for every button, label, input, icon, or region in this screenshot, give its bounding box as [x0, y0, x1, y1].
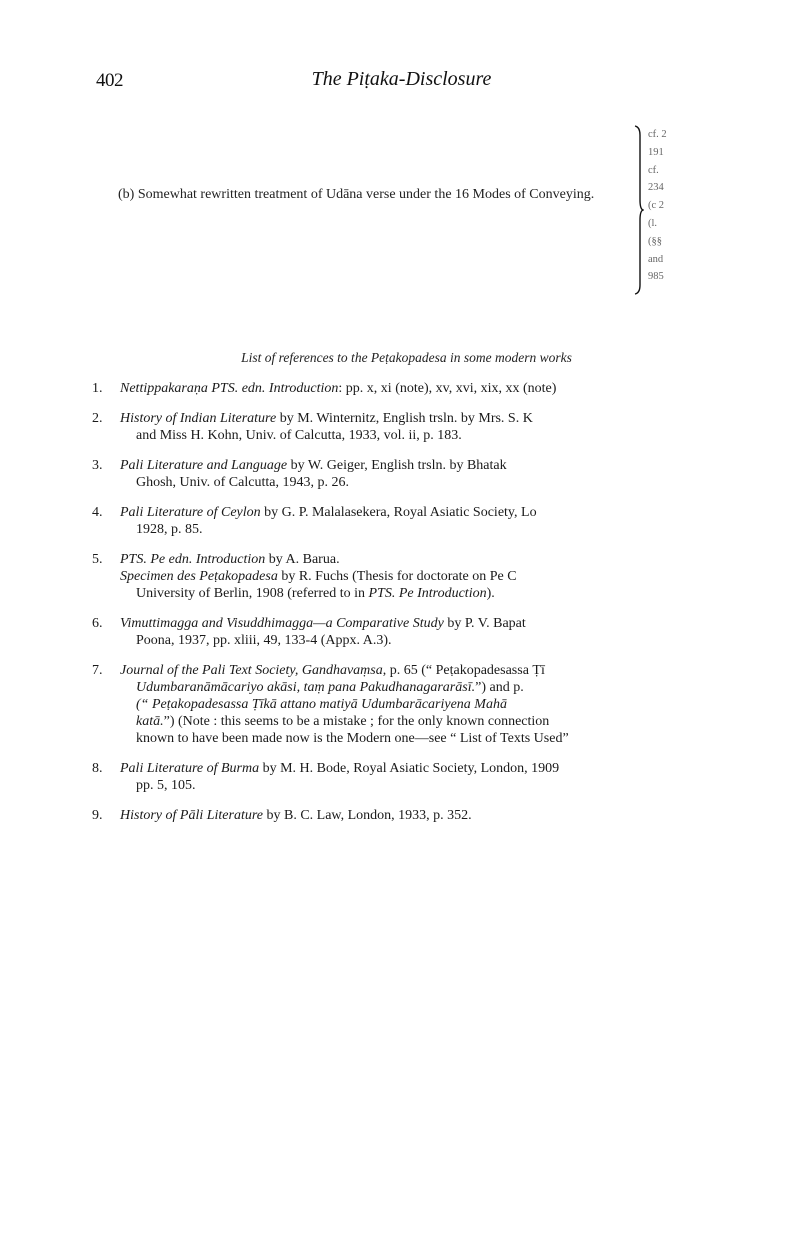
reference-item: 9.History of Pāli Literature by B. C. La… [92, 807, 792, 824]
reference-item: 7.Journal of the Pali Text Society, Gand… [92, 662, 792, 747]
reference-title: PTS. Pe edn. Introduction [120, 552, 265, 567]
reference-title: Pali Literature of Ceylon [120, 505, 261, 520]
reference-number: 7. [92, 662, 103, 679]
reference-line: University of Berlin, 1908 (referred to … [120, 585, 792, 602]
reference-item: 1.Nettippakaraṇa PTS. edn. Introduction:… [92, 380, 792, 397]
brace-fragment: 234 [648, 179, 667, 197]
brace-fragment: and [648, 251, 667, 269]
brace-fragment: 985 [648, 268, 667, 286]
reference-text: University of Berlin, 1908 (referred to … [136, 586, 369, 601]
references-list: 1.Nettippakaraṇa PTS. edn. Introduction:… [92, 380, 792, 837]
reference-line: Nettippakaraṇa PTS. edn. Introduction: p… [120, 380, 792, 397]
reference-text: pp. 5, 105. [136, 778, 196, 793]
reference-text: by W. Geiger, English trsln. by Bhatak [287, 458, 507, 473]
reference-item: 6.Vimuttimagga and Visuddhimagga—a Compa… [92, 615, 792, 649]
brace-fragment: (l. [648, 215, 667, 233]
brace-fragment: cf. [648, 162, 667, 180]
reference-text: by P. V. Bapat [444, 616, 526, 631]
reference-text: ”) (Note : this seems to be a mistake ; … [164, 714, 550, 729]
reference-line: known to have been made now is the Moder… [120, 730, 792, 747]
reference-line: History of Indian Literature by M. Winte… [120, 410, 792, 427]
reference-text: : pp. x, xi (note), xv, xvi, xix, xx (no… [338, 381, 556, 396]
reference-item: 4.Pali Literature of Ceylon by G. P. Mal… [92, 504, 792, 538]
reference-text: known to have been made now is the Moder… [136, 731, 569, 746]
reference-text: by B. C. Law, London, 1933, p. 352. [263, 808, 472, 823]
reference-line: and Miss H. Kohn, Univ. of Calcutta, 193… [120, 427, 792, 444]
reference-title: Pali Literature of Burma [120, 761, 259, 776]
running-title: The Piṭaka-Disclosure [0, 68, 793, 91]
reference-text: by M. Winternitz, English trsln. by Mrs.… [276, 411, 533, 426]
brace-fragments: cf. 2191cf.234(c 2(l.(§§and985 [648, 126, 667, 286]
reference-number: 6. [92, 615, 103, 632]
reference-line: katā.”) (Note : this seems to be a mista… [120, 713, 792, 730]
reference-number: 1. [92, 380, 103, 397]
reference-title: Journal of the Pali Text Society, Gandha… [120, 663, 383, 678]
reference-item: 8.Pali Literature of Burma by M. H. Bode… [92, 760, 792, 794]
reference-line: PTS. Pe edn. Introduction by A. Barua. [120, 551, 792, 568]
reference-number: 5. [92, 551, 103, 568]
reference-title: Pali Literature and Language [120, 458, 287, 473]
reference-title: Nettippakaraṇa PTS. edn. Introduction [120, 381, 338, 396]
reference-title: PTS. Pe Introduction [369, 586, 487, 601]
brace-fragment: (c 2 [648, 197, 667, 215]
reference-line: Udumbaranāmācariyo akāsi, taṃ pana Pakud… [120, 679, 792, 696]
reference-title: Vimuttimagga and Visuddhimagga—a Compara… [120, 616, 444, 631]
reference-item: 5.PTS. Pe edn. Introduction by A. Barua.… [92, 551, 792, 602]
reference-line: Journal of the Pali Text Society, Gandha… [120, 662, 792, 679]
reference-title: (“ Peṭakopadesassa Ṭīkā attano matiyā Ud… [136, 697, 507, 712]
section-b-paragraph: (b) Somewhat rewritten treatment of Udān… [90, 186, 650, 203]
reference-text: ”) and p. [475, 680, 524, 695]
reference-line: Pali Literature of Burma by M. H. Bode, … [120, 760, 792, 777]
brace-fragment: 191 [648, 144, 667, 162]
reference-line: pp. 5, 105. [120, 777, 792, 794]
reference-number: 4. [92, 504, 103, 521]
reference-line: Poona, 1937, pp. xliii, 49, 133-4 (Appx.… [120, 632, 792, 649]
reference-line: Pali Literature and Language by W. Geige… [120, 457, 792, 474]
reference-text: by M. H. Bode, Royal Asiatic Society, Lo… [259, 761, 559, 776]
brace-fragment: (§§ [648, 233, 667, 251]
reference-line: Pali Literature of Ceylon by G. P. Malal… [120, 504, 792, 521]
brace-fragment: cf. 2 [648, 126, 667, 144]
reference-text: and Miss H. Kohn, Univ. of Calcutta, 193… [136, 428, 462, 443]
reference-number: 9. [92, 807, 103, 824]
reference-line: 1928, p. 85. [120, 521, 792, 538]
reference-title: Udumbaranāmācariyo akāsi, taṃ pana Pakud… [136, 680, 475, 695]
reference-text: ). [487, 586, 495, 601]
reference-number: 2. [92, 410, 103, 427]
reference-number: 8. [92, 760, 103, 777]
reference-item: 3.Pali Literature and Language by W. Gei… [92, 457, 792, 491]
curly-brace-icon [634, 125, 644, 295]
reference-title: Specimen des Peṭakopadesa [120, 569, 278, 584]
reference-text: Poona, 1937, pp. xliii, 49, 133-4 (Appx.… [136, 633, 392, 648]
reference-text: by R. Fuchs (Thesis for doctorate on Pe … [278, 569, 517, 584]
reference-text: , p. 65 (“ Peṭakopadesassa Ṭī [383, 663, 545, 678]
reference-text: 1928, p. 85. [136, 522, 203, 537]
reference-line: Vimuttimagga and Visuddhimagga—a Compara… [120, 615, 792, 632]
reference-line: Specimen des Peṭakopadesa by R. Fuchs (T… [120, 568, 792, 585]
reference-line: Ghosh, Univ. of Calcutta, 1943, p. 26. [120, 474, 792, 491]
reference-number: 3. [92, 457, 103, 474]
reference-item: 2.History of Indian Literature by M. Win… [92, 410, 792, 444]
reference-text: by A. Barua. [265, 552, 339, 567]
reference-line: History of Pāli Literature by B. C. Law,… [120, 807, 792, 824]
reference-line: (“ Peṭakopadesassa Ṭīkā attano matiyā Ud… [120, 696, 792, 713]
reference-text: by G. P. Malalasekera, Royal Asiatic Soc… [261, 505, 537, 520]
reference-title: katā. [136, 714, 164, 729]
reference-title: History of Pāli Literature [120, 808, 263, 823]
reference-title: History of Indian Literature [120, 411, 276, 426]
reference-text: Ghosh, Univ. of Calcutta, 1943, p. 26. [136, 475, 349, 490]
references-heading: List of references to the Peṭakopadesa i… [0, 350, 793, 366]
